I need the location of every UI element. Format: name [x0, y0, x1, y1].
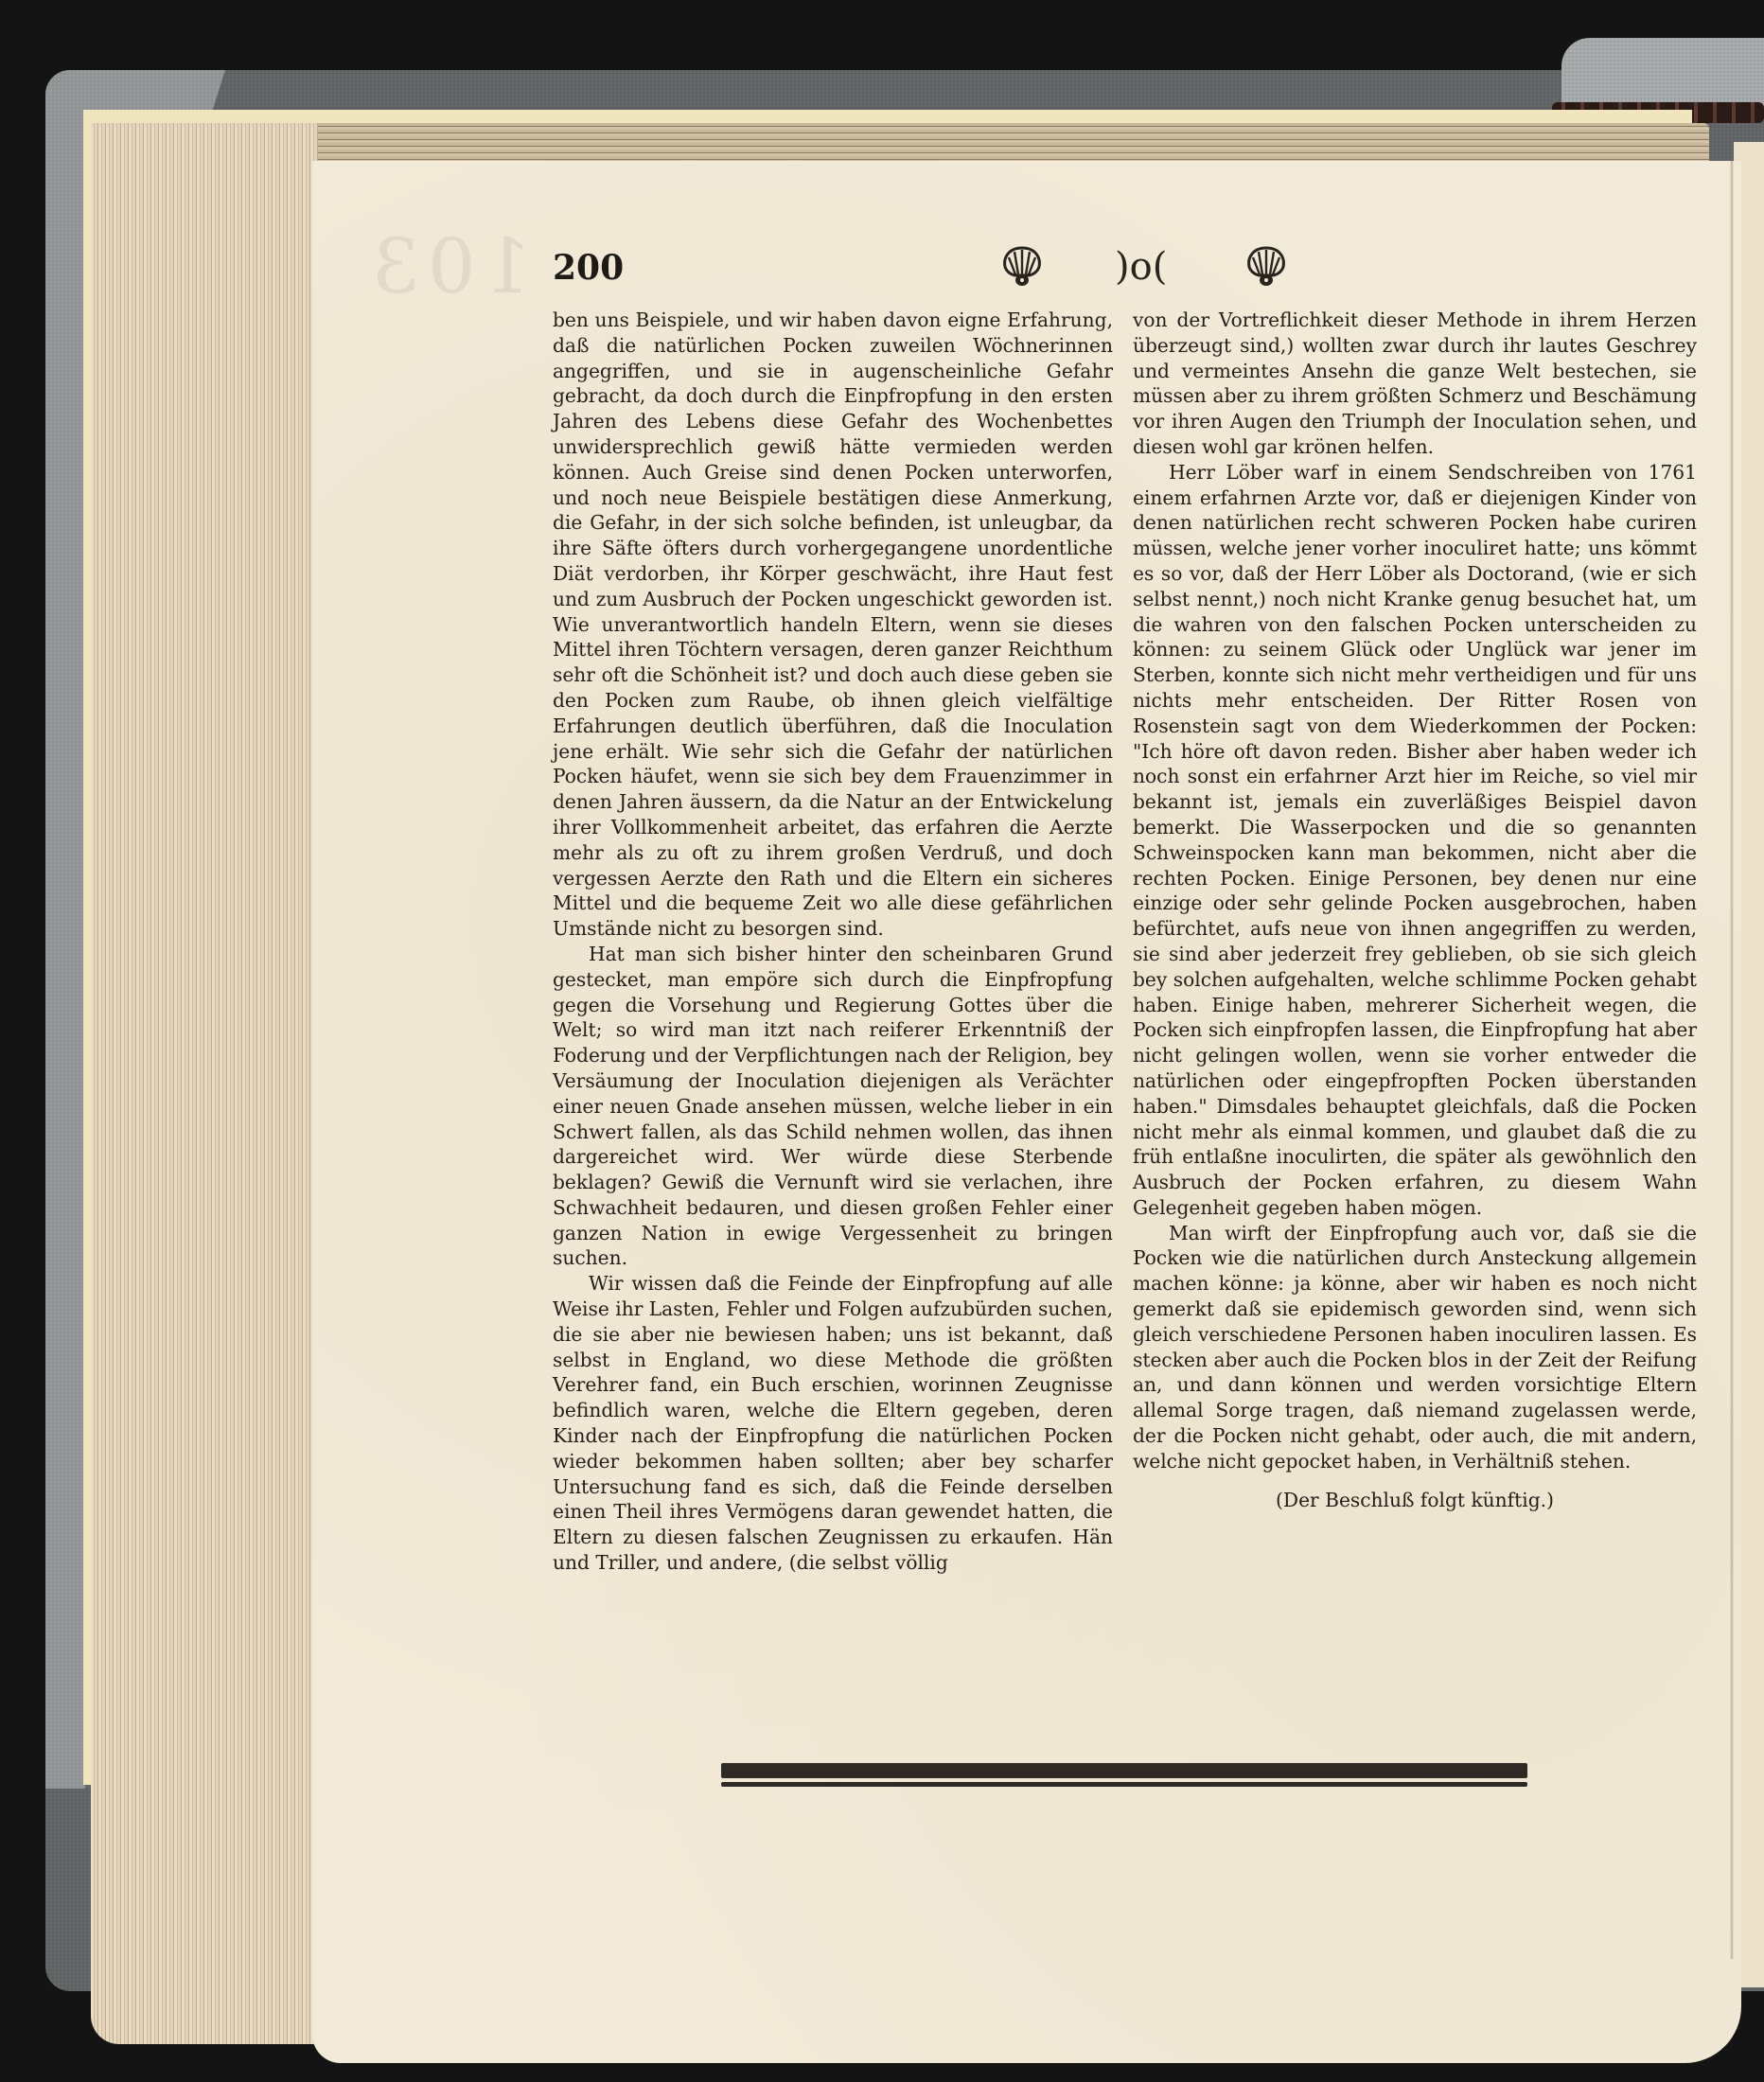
closing-rule-divider: [721, 1763, 1527, 1790]
rule-thick-line: [721, 1763, 1527, 1778]
shell-ornament-icon: [1245, 244, 1287, 291]
page-number: 200: [553, 248, 624, 288]
center-ornament: )o(: [1115, 246, 1167, 288]
paragraph: Wir wissen daß die Feinde der Einpfropfu…: [553, 1271, 1113, 1576]
bleed-through-page-number: 103: [364, 222, 532, 310]
left-text-column: ben uns Beispiele, und wir haben davon e…: [553, 308, 1113, 1576]
gutter: [1730, 161, 1734, 1959]
shell-ornament-icon: [1001, 244, 1043, 291]
header-ornaments: )o(: [1001, 244, 1285, 291]
paragraph: Man wirft der Einpfropfung auch vor, daß…: [1133, 1221, 1697, 1474]
page-block-fore-edge: [91, 123, 318, 2044]
rule-thin-line: [721, 1782, 1527, 1787]
paragraph: ben uns Beispiele, und wir haben davon e…: [553, 308, 1113, 942]
paragraph: von der Vortreflichkeit dieser Methode i…: [1133, 308, 1697, 460]
paragraph: Herr Löber warf in einem Sendschreiben v…: [1133, 460, 1697, 1221]
right-text-column: von der Vortreflichkeit dieser Methode i…: [1133, 308, 1697, 1512]
paragraph: Hat man sich bisher hinter den scheinbar…: [553, 942, 1113, 1271]
continuation-note: (Der Beschluß folgt künftig.): [1133, 1488, 1697, 1513]
book-cover-spine-edge: [45, 227, 85, 1789]
